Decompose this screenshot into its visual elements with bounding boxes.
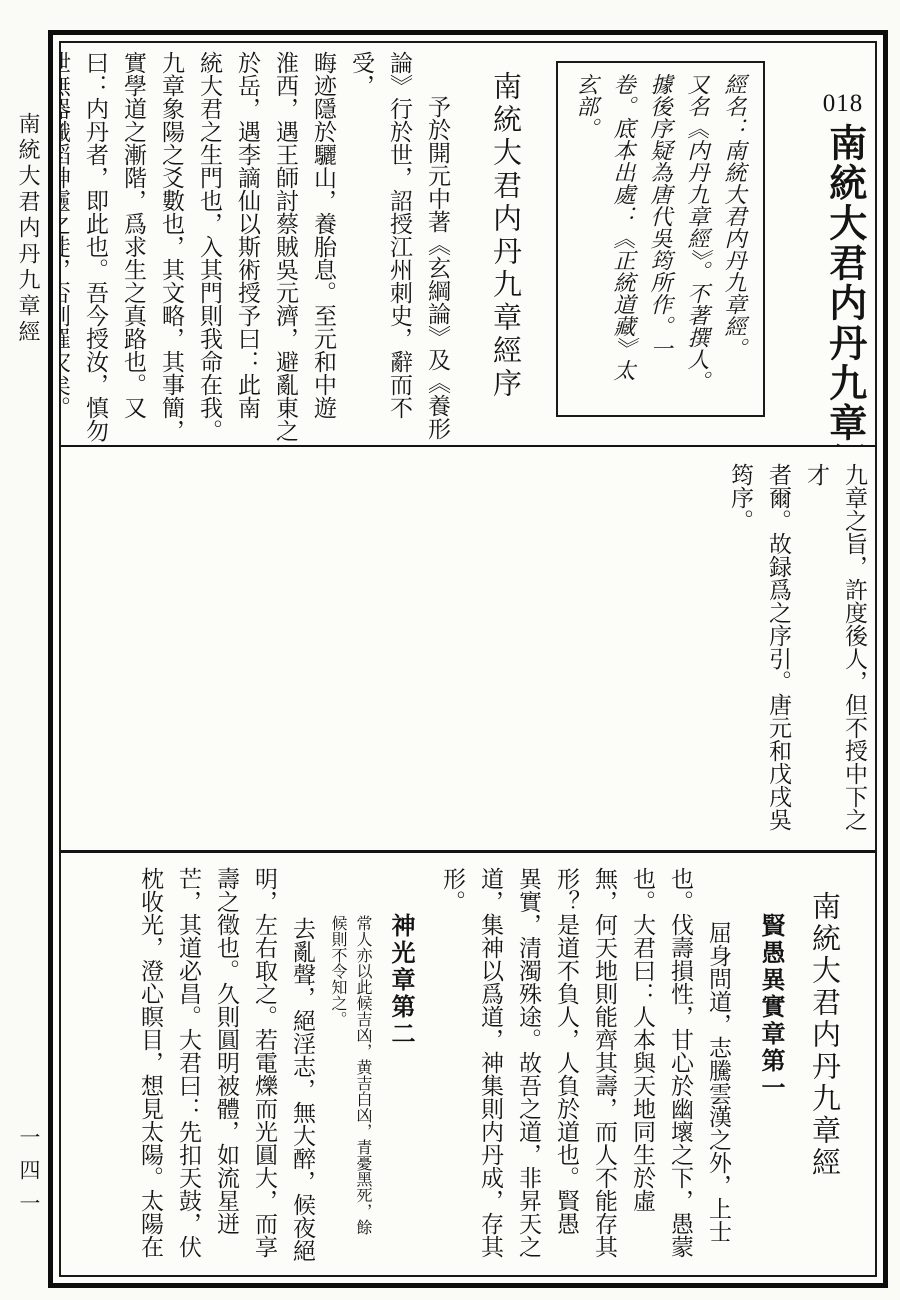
text-column: 無，何天地則能齊其壽，而人不能存其 bbox=[585, 867, 623, 1273]
text-column: 也。大君曰：人本與天地同生於虛 bbox=[623, 867, 661, 1273]
annotation-column: 常人亦以此候吉凶，黄吉白凶，青憂黑死，餘 bbox=[350, 867, 375, 1273]
scripture-heading: 南統大君内丹九章經 bbox=[801, 867, 847, 1273]
text-column: 於岳，遇李謫仙以斯術授予曰：此南 bbox=[228, 51, 266, 443]
title-column: 018 南統大君内丹九章經 bbox=[817, 89, 869, 445]
page-number-label: 一四一 bbox=[15, 1126, 43, 1225]
colophon-box: 經名：南統大君内丹九章經。 又名《内丹九章經》。不著撰人。 據後序疑為唐代吳筠所… bbox=[556, 61, 765, 417]
text-column: 去亂聲，絕淫志，無大醉，候夜絕 bbox=[283, 867, 321, 1273]
text-column: 九章象陽之爻數也，其文略，其事簡， bbox=[152, 51, 190, 443]
text-column: 形。 bbox=[433, 867, 471, 1273]
text-column: 屈身問道，志騰雲漢之外，上士 bbox=[699, 867, 737, 1273]
text-column: 也。伐壽損性，甘心於幽壞之下，愚蒙 bbox=[661, 867, 699, 1273]
colophon-column: 據後序疑為唐代吳筠所作。一 bbox=[642, 73, 679, 405]
text-column: 實學道之漸階，爲求生之真路也。又 bbox=[114, 51, 152, 443]
text-column: 九章之旨，許度後人，但不授中下之才 bbox=[797, 463, 873, 848]
chapter-2-note: 常人亦以此候吉凶，黄吉白凶，青憂黑死，餘 候則不令知之。 bbox=[325, 867, 375, 1273]
text-column: 道，集神以爲道，神集則内丹成，存其 bbox=[471, 867, 509, 1273]
margin-title: 南統大君内丹九章經 bbox=[13, 112, 43, 346]
preface-heading: 南統大君内丹九章經序 bbox=[482, 51, 528, 443]
scripture-section: 南統大君内丹九章經 賢愚異實章第一 屈身問道，志騰雲漢之外，上士 也。伐壽損性，… bbox=[61, 853, 875, 1275]
text-column: 泄無器識謟神靈之徒，否則罹灾矣。 bbox=[61, 51, 76, 443]
text-column: 淮西，遇王師討蔡賊吳元濟，避亂東之 bbox=[266, 51, 304, 443]
colophon-column: 經名：南統大君内丹九章經。 bbox=[716, 73, 753, 405]
text-column: 曰：内丹者，即此也。吾今授汝，慎勿 bbox=[76, 51, 114, 443]
text-column: 筠序。 bbox=[721, 463, 759, 848]
text-column: 異實，清濁殊途。故吾之道，非昇天之 bbox=[509, 867, 547, 1273]
colophon-column: 玄部。 bbox=[568, 73, 605, 405]
text-column: 形？是道不負人，人負於道也。賢愚 bbox=[547, 867, 585, 1273]
text-column: 予於開元中著《玄綱論》及《養形 bbox=[418, 51, 456, 443]
top-section: 018 南統大君内丹九章經 經名：南統大君内丹九章經。 又名《内丹九章經》。不著… bbox=[61, 43, 875, 445]
chapter-2-title: 神光章第二 bbox=[379, 867, 421, 1273]
main-title: 南統大君内丹九章經 bbox=[819, 123, 867, 445]
text-column: 統大君之生門也，入其門則我命在我。 bbox=[190, 51, 228, 443]
chapter-1-title: 賢愚異實章第一 bbox=[749, 867, 791, 1273]
annotation-column: 候則不令知之。 bbox=[325, 867, 350, 1273]
text-column: 論》行於世，詔授江州刺史，辭而不受， bbox=[342, 51, 418, 443]
colophon-column: 卷。底本出處：《正統道藏》太 bbox=[605, 73, 642, 405]
colophon-column: 又名《内丹九章經》。不著撰人。 bbox=[679, 73, 716, 405]
page-frame-inner: 018 南統大君内丹九章經 經名：南統大君内丹九章經。 又名《内丹九章經》。不著… bbox=[59, 41, 877, 1277]
text-column: 芒，其道必昌。大君曰：先扣天鼓，伏 bbox=[169, 867, 207, 1273]
text-column: 明，左右取之。若電爍而光圓大，而享 bbox=[245, 867, 283, 1273]
text-column: 枕收光，澄心瞑目，想見太陽。太陽在 bbox=[131, 867, 169, 1273]
title-number: 018 bbox=[817, 89, 869, 119]
text-column: 壽之徵也。久則圓明被體，如流星迸 bbox=[207, 867, 245, 1273]
preface-closing-section: 九章之旨，許度後人，但不授中下之才 者爾。故録爲之序引。唐元和戊戌吳 筠序。 bbox=[61, 447, 875, 850]
text-column: 晦迹隱於驪山，養胎息。至元和中遊 bbox=[304, 51, 342, 443]
text-column: 者爾。故録爲之序引。唐元和戊戌吳 bbox=[759, 463, 797, 848]
page-frame: 018 南統大君内丹九章經 經名：南統大君内丹九章經。 又名《内丹九章經》。不著… bbox=[48, 30, 888, 1288]
